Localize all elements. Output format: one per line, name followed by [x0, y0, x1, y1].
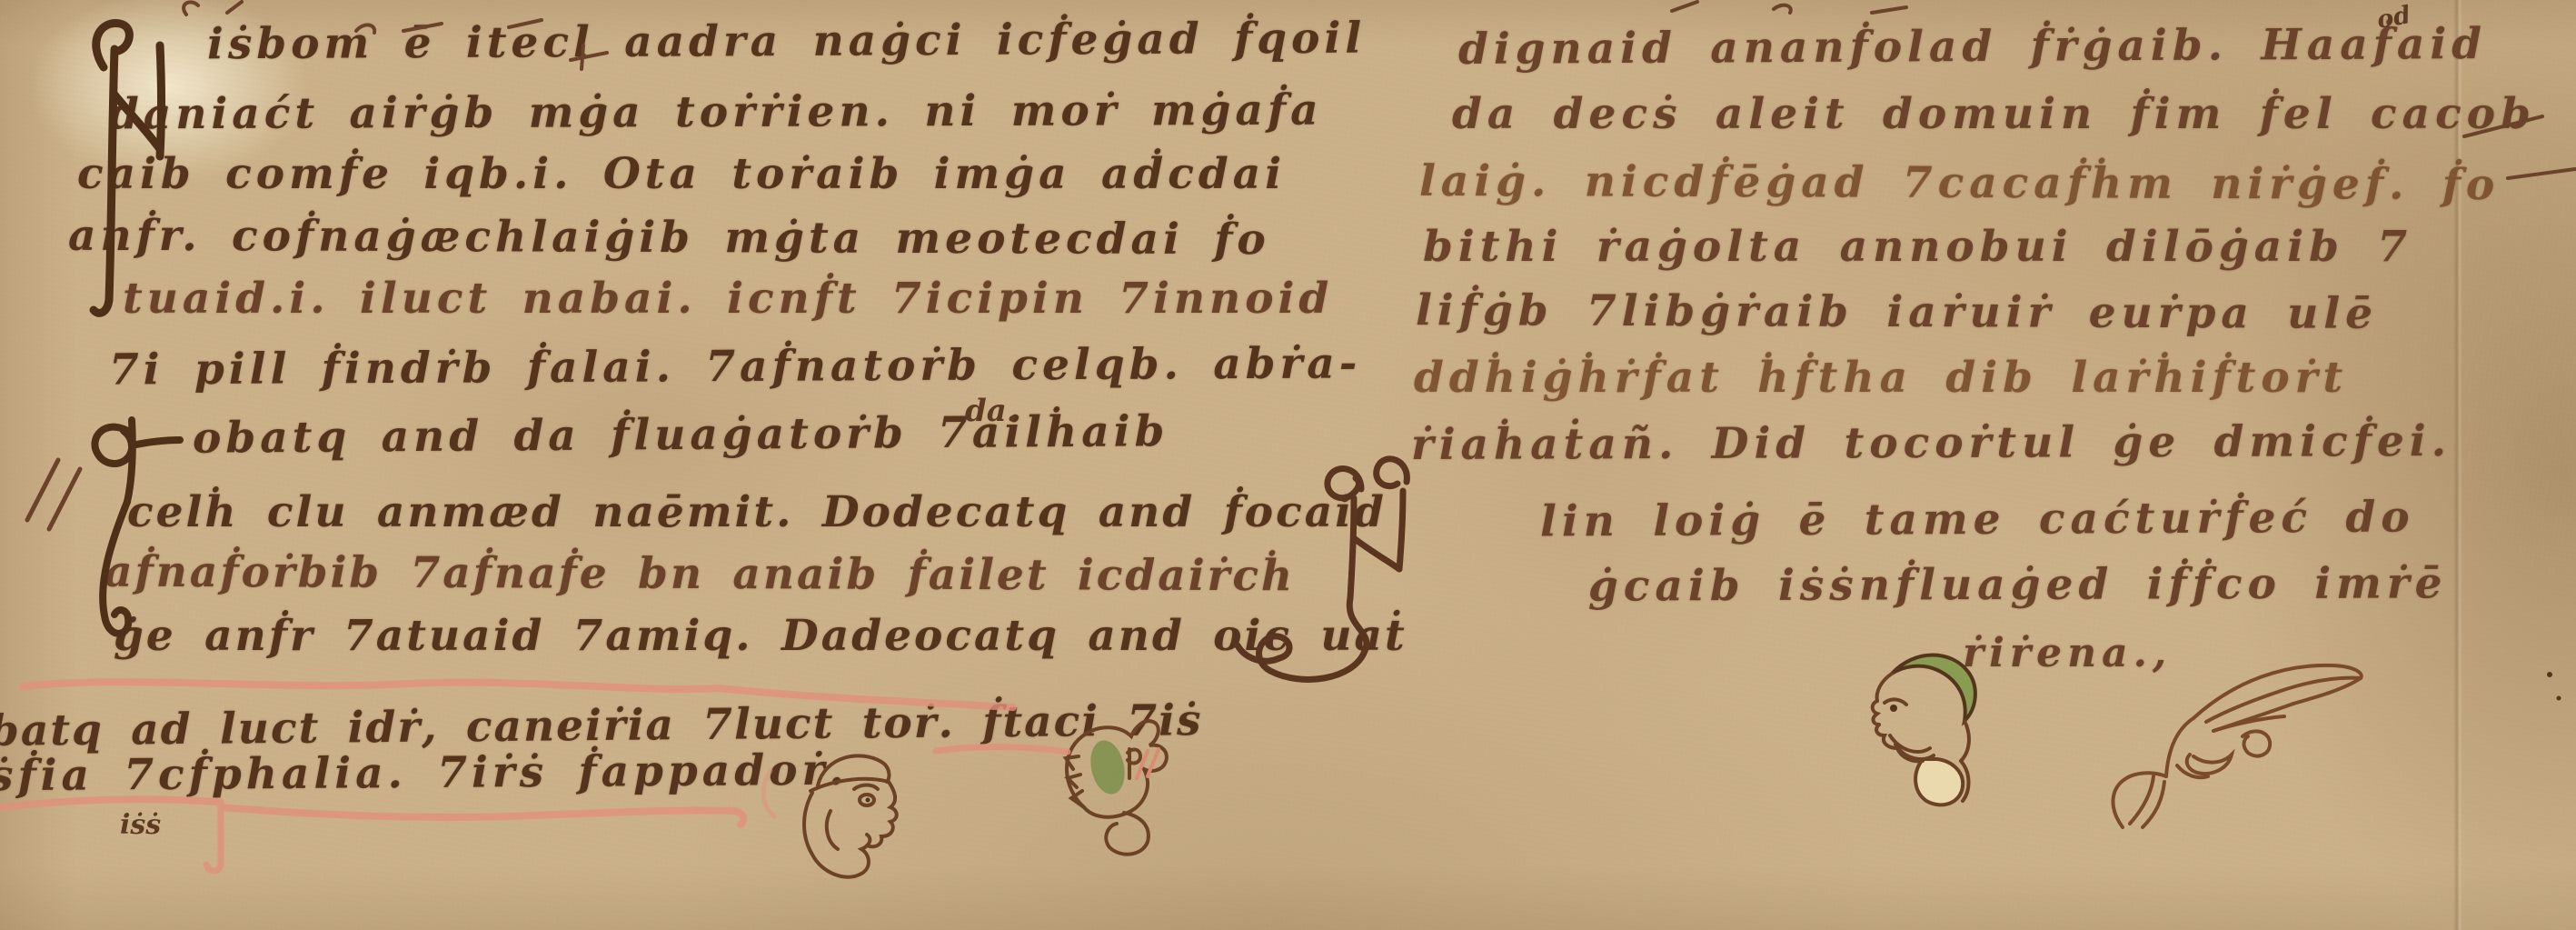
stray-ink-marks	[0, 0, 2576, 930]
insertion-mark-stroke-2	[49, 469, 80, 529]
insertion-mark-stroke-1	[27, 460, 58, 520]
manuscript-page: iṡbom ē itecl aadra naġci icḟeġad ḟqoil …	[0, 0, 2576, 930]
